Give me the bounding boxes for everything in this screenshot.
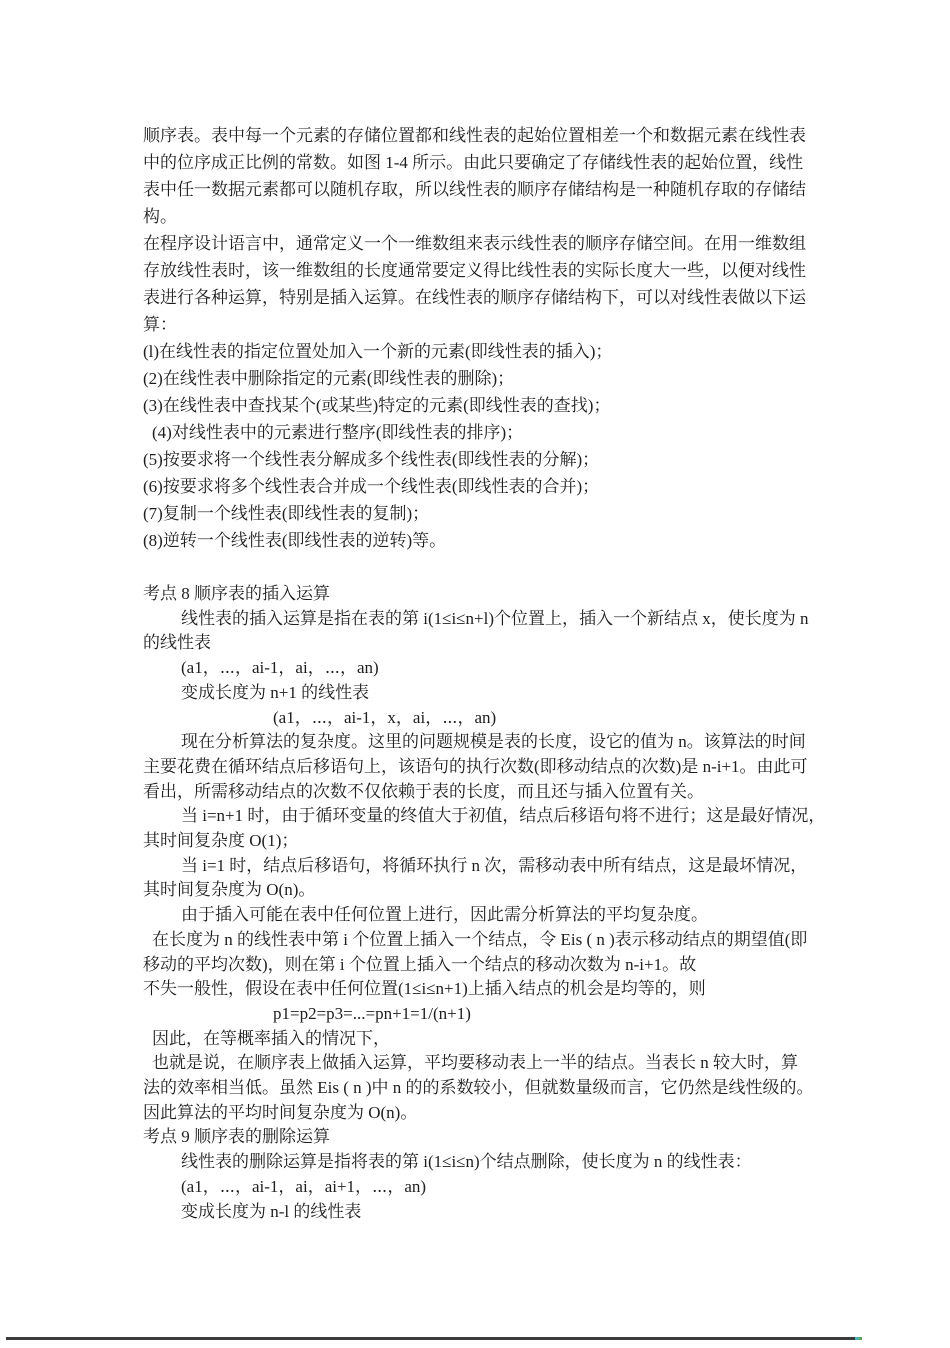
text-line: 存放线性表时，该一维数组的长度通常要定义得比线性表的实际长度大一些，以便对线性 bbox=[143, 257, 843, 284]
text-line: 在程序设计语言中，通常定义一个一维数组来表示线性表的顺序存储空间。在用一维数组 bbox=[143, 230, 843, 257]
text-line: (a1，⋯，ai-1，ai，⋯，an) bbox=[143, 656, 843, 681]
text-line: (6)按要求将多个线性表合并成一个线性表(即线性表的合并)； bbox=[143, 473, 843, 500]
text-line: 因此，在等概率插入的情况下， bbox=[143, 1027, 843, 1052]
text-line: 当 i=1 时，结点后移语句，将循环执行 n 次，需移动表中所有结点，这是最坏情… bbox=[143, 854, 843, 879]
document-body-section-1: 顺序表。表中每一个元素的存储位置都和线性表的起始位置相差一个和数据元素在线性表中… bbox=[143, 122, 843, 554]
divider-accent-green bbox=[859, 1337, 862, 1340]
text-line: 移动的平均次数)，则在第 i 个位置上插入一个结点的移动次数为 n-i+1。故 bbox=[143, 953, 843, 978]
text-line: 现在分析算法的复杂度。这里的问题规模是表的长度，设它的值为 n。该算法的时间 bbox=[143, 730, 843, 755]
text-line: 当 i=n+1 时，由于循环变量的终值大于初值，结点后移语句将不进行；这是最好情… bbox=[143, 804, 843, 829]
text-line: 看出，所需移动结点的次数不仅依赖于表的长度，而且还与插入位置有关。 bbox=[143, 780, 843, 805]
text-line: 由于插入可能在表中任何位置上进行，因此需分析算法的平均复杂度。 bbox=[143, 903, 843, 928]
document-page: 顺序表。表中每一个元素的存储位置都和线性表的起始位置相差一个和数据元素在线性表中… bbox=[143, 122, 843, 1224]
text-line: 线性表的插入运算是指在表的第 i(1≤i≤n+l)个位置上，插入一个新结点 x，… bbox=[143, 607, 843, 632]
divider-line bbox=[6, 1337, 855, 1340]
text-line: (5)按要求将一个线性表分解成多个线性表(即线性表的分解)； bbox=[143, 446, 843, 473]
text-line: (2)在线性表中删除指定的元素(即线性表的删除)； bbox=[143, 365, 843, 392]
text-line: (8)逆转一个线性表(即线性表的逆转)等。 bbox=[143, 527, 843, 554]
bottom-divider bbox=[6, 1337, 862, 1340]
text-line: 也就是说，在顺序表上做插入运算，平均要移动表上一半的结点。当表长 n 较大时，算 bbox=[143, 1051, 843, 1076]
text-line: 考点 8 顺序表的插入运算 bbox=[143, 582, 843, 607]
text-line: 的线性表 bbox=[143, 631, 843, 656]
text-line: 其时间复杂度 O(1)； bbox=[143, 829, 843, 854]
text-line: p1=p2=p3=...=pn+1=1/(n+1) bbox=[143, 1002, 843, 1027]
text-line: (a1，⋯，ai-1，ai，ai+1，⋯，an) bbox=[143, 1175, 843, 1200]
text-line: 主要花费在循环结点后移语句上，该语句的执行次数(即移动结点的次数)是 n-i+1… bbox=[143, 755, 843, 780]
text-line: 表进行各种运算，特别是插入运算。在线性表的顺序存储结构下，可以对线性表做以下运 bbox=[143, 284, 843, 311]
text-line: 表中任一数据元素都可以随机存取，所以线性表的顺序存储结构是一种随机存取的存储结 bbox=[143, 176, 843, 203]
text-line: 顺序表。表中每一个元素的存储位置都和线性表的起始位置相差一个和数据元素在线性表 bbox=[143, 122, 843, 149]
text-line: 法的效率相当低。虽然 Eis ( n )中 n 的的系数较小，但就数量级而言，它… bbox=[143, 1076, 843, 1101]
text-line: 考点 9 顺序表的删除运算 bbox=[143, 1125, 843, 1150]
text-line: 算： bbox=[143, 311, 843, 338]
text-line: 构。 bbox=[143, 203, 843, 230]
text-line: 变成长度为 n-l 的线性表 bbox=[143, 1200, 843, 1225]
text-line: (a1，⋯，ai-1，x，ai，⋯，an) bbox=[143, 706, 843, 731]
text-line: (l)在线性表的指定位置处加入一个新的元素(即线性表的插入)； bbox=[143, 338, 843, 365]
text-line: (7)复制一个线性表(即线性表的复制)； bbox=[143, 500, 843, 527]
text-line: 线性表的删除运算是指将表的第 i(1≤i≤n)个结点删除，使长度为 n 的线性表… bbox=[143, 1150, 843, 1175]
text-line: 因此算法的平均时间复杂度为 O(n)。 bbox=[143, 1101, 843, 1126]
text-line: 在长度为 n 的线性表中第 i 个位置上插入一个结点，令 Eis ( n )表示… bbox=[143, 928, 843, 953]
text-line: 不失一般性，假设在表中任何位置(1≤i≤n+1)上插入结点的机会是均等的，则 bbox=[143, 977, 843, 1002]
text-line: 其时间复杂度为 O(n)。 bbox=[143, 878, 843, 903]
text-line: (4)对线性表中的元素进行整序(即线性表的排序)； bbox=[143, 419, 843, 446]
text-line: 变成长度为 n+1 的线性表 bbox=[143, 681, 843, 706]
document-body-section-2: 考点 8 顺序表的插入运算线性表的插入运算是指在表的第 i(1≤i≤n+l)个位… bbox=[143, 582, 843, 1224]
text-line: 中的位序成正比例的常数。如图 1-4 所示。由此只要确定了存储线性表的起始位置，… bbox=[143, 149, 843, 176]
text-line: (3)在线性表中查找某个(或某些)特定的元素(即线性表的查找)； bbox=[143, 392, 843, 419]
